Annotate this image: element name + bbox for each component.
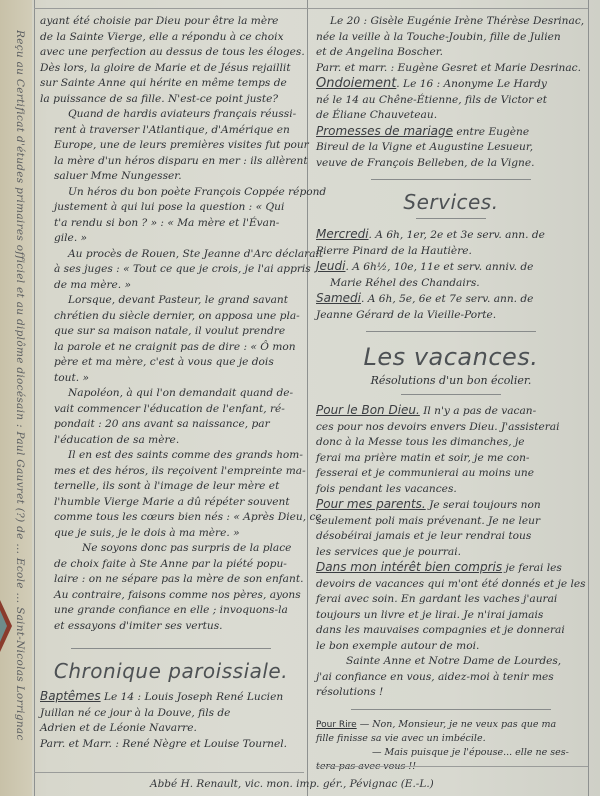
section-rule <box>351 709 551 710</box>
promesses-label: Promesses de mariage <box>316 124 453 138</box>
section-rule <box>416 218 486 219</box>
resolution-bon-dieu: Pour le Bon Dieu. Il n'y a pas de vacan-… <box>316 403 586 497</box>
baptemes-label: Baptêmes <box>40 689 101 703</box>
bulletin-page: Reçu au Certificat d'études primaires of… <box>0 0 600 796</box>
right-column: Le 20 : Gisèle Eugénie Irène Thérèse Des… <box>316 14 586 774</box>
baptemes-entry: Baptêmes Le 14 : Louis Joseph René Lucie… <box>40 689 302 752</box>
paragraph-napoleon: Napoléon, à qui l'on demandait quand de-… <box>40 386 302 448</box>
section-rule <box>371 179 531 180</box>
vacances-title: Les vacances. <box>316 340 586 374</box>
resolution-label: Pour mes parents. <box>316 497 426 511</box>
right-margin-rule <box>588 0 589 796</box>
paragraph-conclusion: Ne soyons donc pas surpris de la place d… <box>40 541 302 634</box>
left-margin-rule <box>34 0 35 796</box>
left-bottom-rule <box>34 772 304 773</box>
service-mercredi: Mercredi. A 6h, 1er, 2e et 3e serv. ann.… <box>316 227 586 259</box>
resolution-interet: Dans mon intérêt bien compris je ferai l… <box>316 560 586 654</box>
section-rule <box>401 394 501 395</box>
ondoiement-label: Ondoiement <box>316 76 396 91</box>
service-day-label: Jeudi <box>316 259 345 273</box>
intro-paragraph: ayant été choisie par Dieu pour être la … <box>40 14 302 107</box>
paragraph-jeanne-arc: Au procès de Rouen, Ste Jeanne d'Arc déc… <box>40 247 302 294</box>
paragraph-saints: Il en est des saints comme des grands ho… <box>40 448 302 541</box>
section-rule <box>366 331 536 332</box>
service-day-label: Mercredi <box>316 227 369 241</box>
chronique-title: Chronique paroissiale. <box>40 657 302 685</box>
joke-box-rule <box>316 766 588 767</box>
service-samedi: Samedi. A 6h, 5e, 6e et 7e serv. ann. de… <box>316 291 586 323</box>
service-jeudi: Jeudi. A 6h½, 10e, 11e et serv. anniv. d… <box>316 259 586 291</box>
bapteme-entry-2: Le 20 : Gisèle Eugénie Irène Thérèse Des… <box>316 14 586 76</box>
paragraph-pasteur: Lorsque, devant Pasteur, le grand savant… <box>40 293 302 386</box>
resolution-label: Pour le Bon Dieu. <box>316 403 420 417</box>
service-day-label: Samedi <box>316 291 361 305</box>
promesses-entry: Promesses de mariage entre Eugène Bireul… <box>316 124 586 172</box>
services-title: Services. <box>316 188 586 216</box>
top-rule <box>34 8 588 9</box>
paper-stain-inner <box>0 610 7 642</box>
resolution-label: Dans mon intérêt bien compris <box>316 560 502 574</box>
ondoiement-entry: Ondoiement. Le 16 : Anonyme Le Hardy né … <box>316 76 586 124</box>
footer-signature: Abbé H. Renault, vic. mon. imp. gér., Pé… <box>150 778 434 790</box>
paragraph-aviateurs: Quand de hardis aviateurs français réuss… <box>40 107 302 185</box>
vacances-closing: Sainte Anne et Notre Dame de Lourdes, j'… <box>316 654 586 701</box>
section-rule <box>71 648 271 649</box>
column-divider <box>307 0 308 796</box>
resolution-parents: Pour mes parents. Je serai toujours non … <box>316 497 586 560</box>
margin-note: Reçu au Certificat d'études primaires of… <box>6 30 26 790</box>
pour-rire-label: Pour Rire <box>316 720 357 730</box>
paragraph-coppee: Un héros du bon poète François Coppée ré… <box>40 185 302 247</box>
vacances-subtitle: Résolutions d'un bon écolier. <box>316 374 586 388</box>
left-column: ayant été choisie par Dieu pour être la … <box>40 14 302 752</box>
